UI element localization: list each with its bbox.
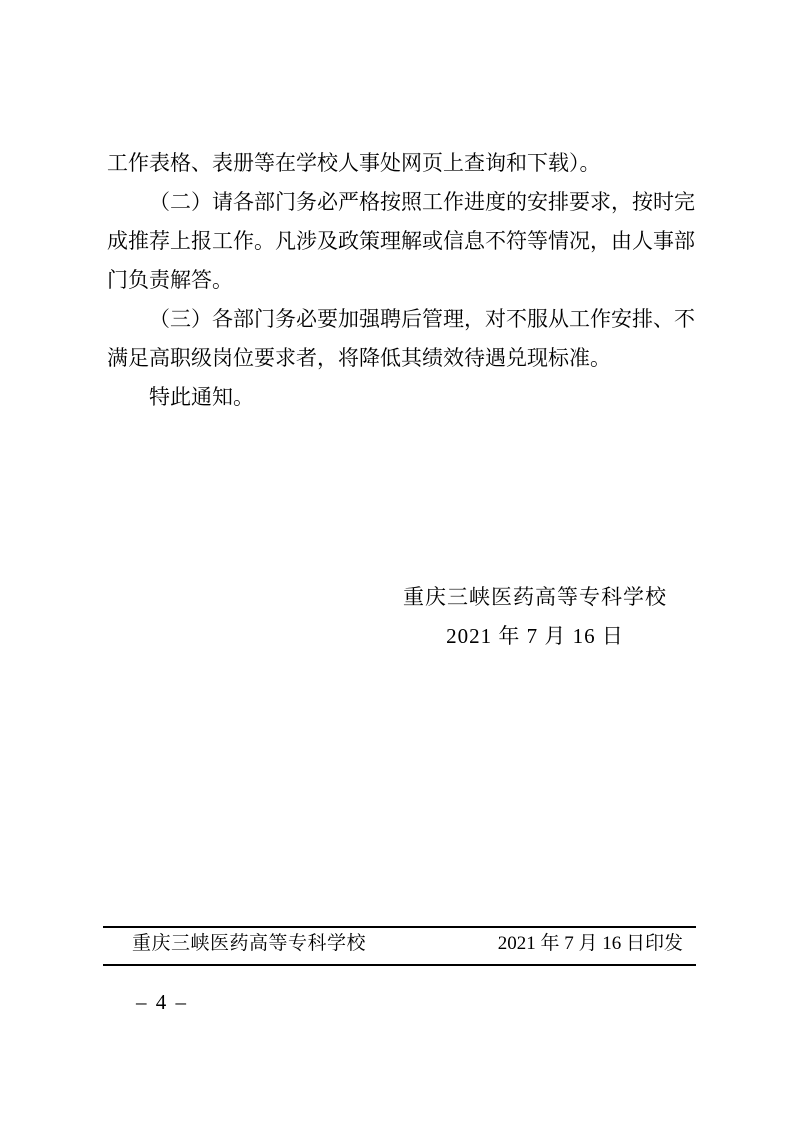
- footer-organization: 重庆三峡医药高等专科学校: [132, 932, 366, 956]
- body-paragraph-continuation: 工作表格、表册等在学校人事处网页上查询和下载）。: [107, 144, 695, 183]
- body-paragraph-item-3: （三）各部门务必要加强聘后管理，对不服从工作安排、不满足高职级岗位要求者，将降低…: [107, 300, 695, 378]
- footer-print-date: 2021 年 7 月 16 日印发: [498, 932, 683, 956]
- document-page: 工作表格、表册等在学校人事处网页上查询和下载）。 （二）请各部门务必严格按照工作…: [0, 0, 793, 1122]
- footer-divider-top: [103, 926, 696, 928]
- signature-date: 2021 年 7 月 16 日: [403, 617, 667, 656]
- page-number: – 4 –: [136, 989, 188, 1015]
- signature-organization: 重庆三峡医药高等专科学校: [403, 578, 667, 617]
- document-body: 工作表格、表册等在学校人事处网页上查询和下载）。 （二）请各部门务必严格按照工作…: [107, 144, 695, 417]
- body-paragraph-closing: 特此通知。: [107, 378, 695, 417]
- body-paragraph-item-2: （二）请各部门务必严格按照工作进度的安排要求，按时完成推荐上报工作。凡涉及政策理…: [107, 183, 695, 300]
- footer-divider-bottom: [103, 964, 696, 966]
- signature-block: 重庆三峡医药高等专科学校 2021 年 7 月 16 日: [403, 578, 667, 656]
